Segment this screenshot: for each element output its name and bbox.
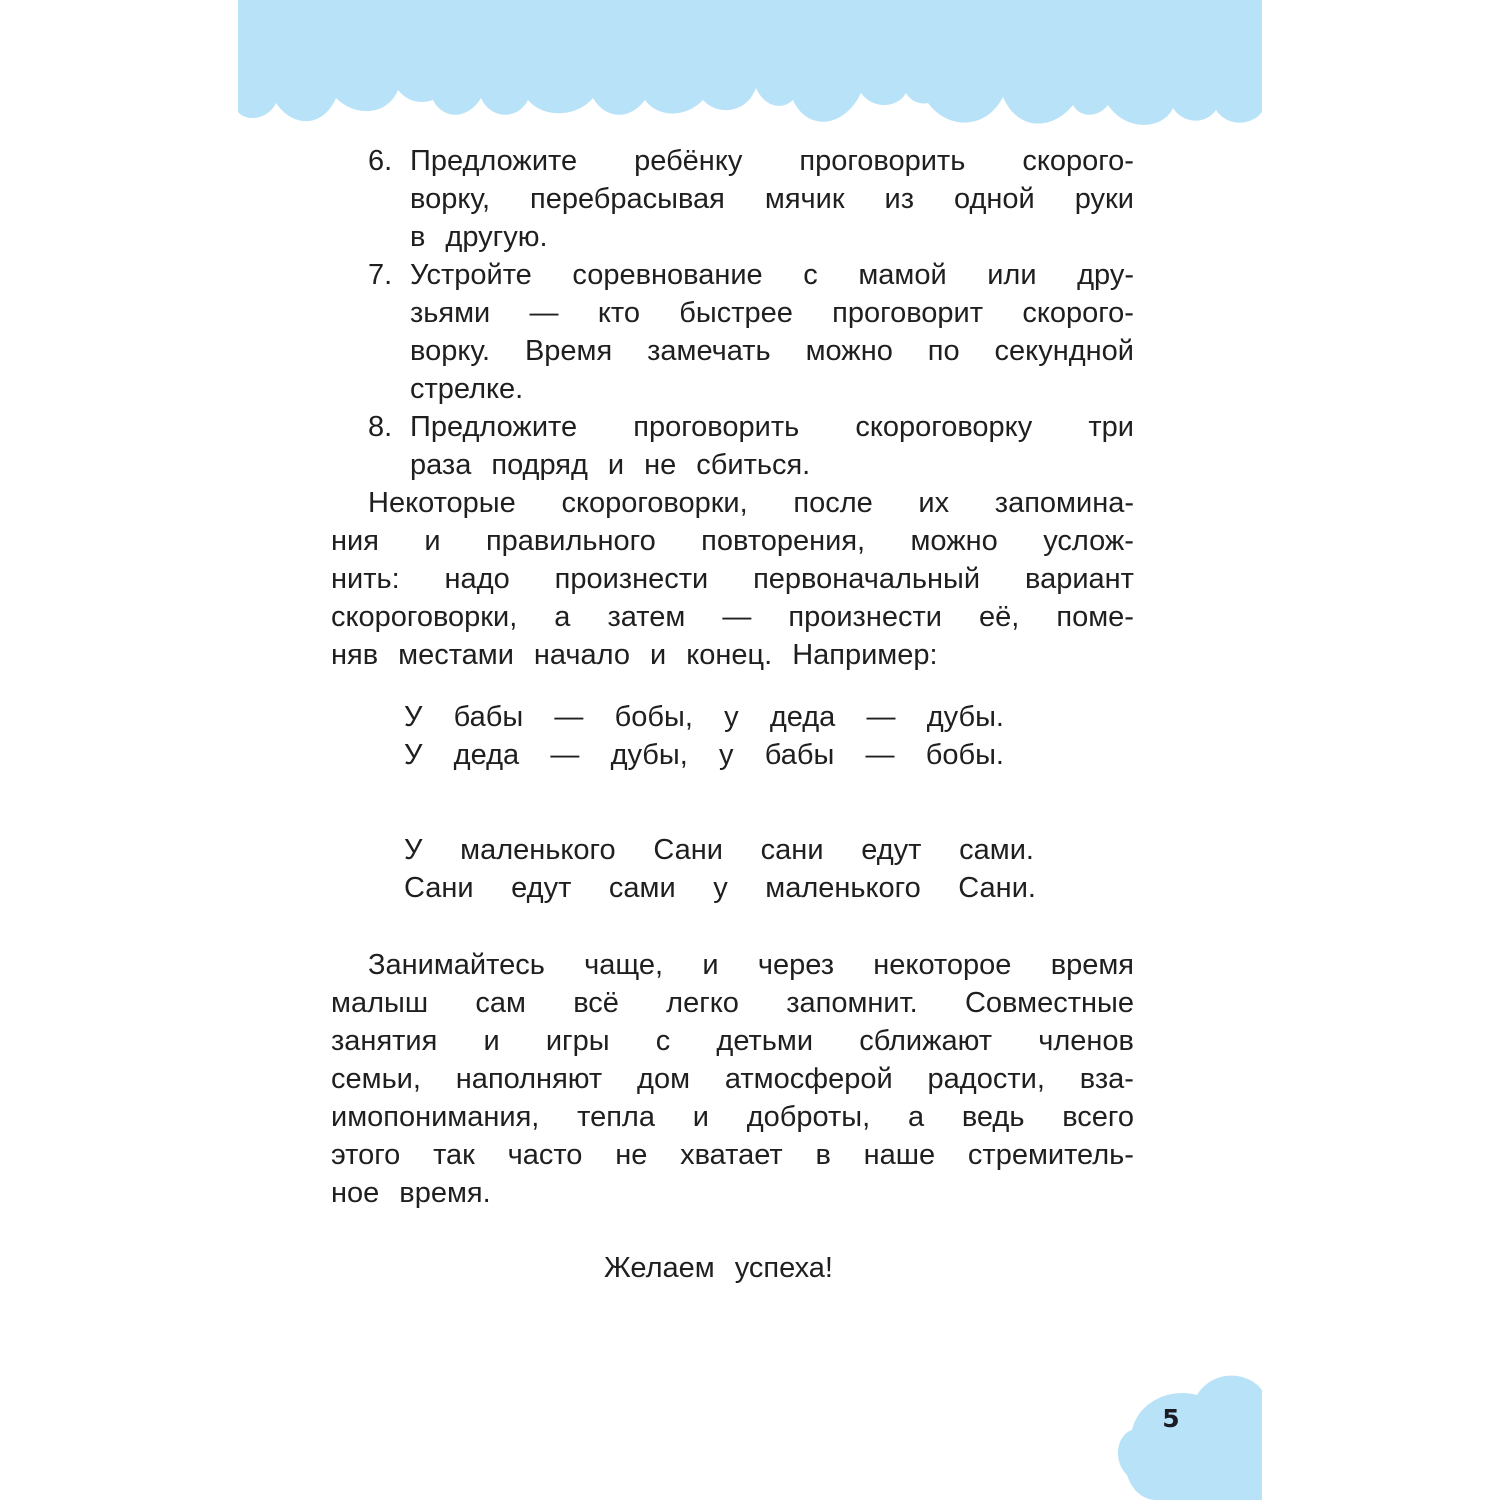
paragraph-2-line-6: этоготакчастонехватаетвнашестремитель- bbox=[331, 1136, 1134, 1174]
example-1-line-1: Убабы—бобы,удеда—дубы. bbox=[404, 698, 1004, 736]
list-number: 7. bbox=[368, 256, 392, 294]
list-item-6-line-3: вдругую. bbox=[410, 218, 548, 256]
paragraph-1-line-1: Некоторыескороговорки,послеихзапомина- bbox=[368, 484, 1134, 522]
list-item-8-line-1: Предложитепроговоритьскороговоркутри bbox=[410, 408, 1134, 446]
example-1-line-2: Удеда—дубы,убабы—бобы. bbox=[404, 736, 1004, 774]
paragraph-2-line-2: малышсамвсёлегкозапомнит.Совместные bbox=[331, 984, 1134, 1022]
list-item-6-line-1: Предложитеребёнкупроговоритьскорого- bbox=[410, 142, 1134, 180]
paragraph-2-line-1: Занимайтесьчаще,ичерезнекотороевремя bbox=[368, 946, 1134, 984]
paragraph-1-line-5: нявместаминачалоиконец.Например: bbox=[331, 636, 938, 674]
list-item-7-line-1: Устройтесоревнованиесмамойилидру- bbox=[410, 256, 1134, 294]
cloud-page-number-decoration bbox=[1117, 1360, 1262, 1500]
list-item-7-line-4: стрелке. bbox=[410, 370, 523, 408]
paragraph-2-line-4: семьи,наполняютдоматмосферойрадости,вза- bbox=[331, 1060, 1134, 1098]
list-number: 8. bbox=[368, 408, 392, 446]
paragraph-2-line-3: занятияиигрысдетьмисближаютчленов bbox=[331, 1022, 1134, 1060]
list-item-7-line-3: ворку.Времязамечатьможнопосекундной bbox=[410, 332, 1134, 370]
paragraph-1-line-3: нить:надопроизнестипервоначальныйвариант bbox=[331, 560, 1134, 598]
closing-wish: Желаемуспеха! bbox=[604, 1249, 833, 1287]
list-item-7-line-2: зьями—ктобыстреепроговоритскорого- bbox=[410, 294, 1134, 332]
paragraph-1-line-4: скороговорки,азатем—произнестиеё,поме- bbox=[331, 598, 1134, 636]
paragraph-2-line-5: имопонимания,теплаидоброты,аведьвсего bbox=[331, 1098, 1134, 1136]
page-number: 5 bbox=[1161, 1404, 1181, 1433]
example-2-line-1: УмаленькогоСанисаниедутсами. bbox=[404, 831, 1034, 869]
list-number: 6. bbox=[368, 142, 392, 180]
list-item-6-line-2: ворку,перебрасываямячикизоднойруки bbox=[410, 180, 1134, 218]
paragraph-1-line-2: нияиправильногоповторения,можноуслож- bbox=[331, 522, 1134, 560]
list-item-8-line-2: разаподрядинесбиться. bbox=[410, 446, 810, 484]
example-2-line-2: СаниедутсамиумаленькогоСани. bbox=[404, 869, 1036, 907]
paragraph-2-line-7: ноевремя. bbox=[331, 1174, 491, 1212]
cloud-header-decoration bbox=[238, 0, 1262, 135]
